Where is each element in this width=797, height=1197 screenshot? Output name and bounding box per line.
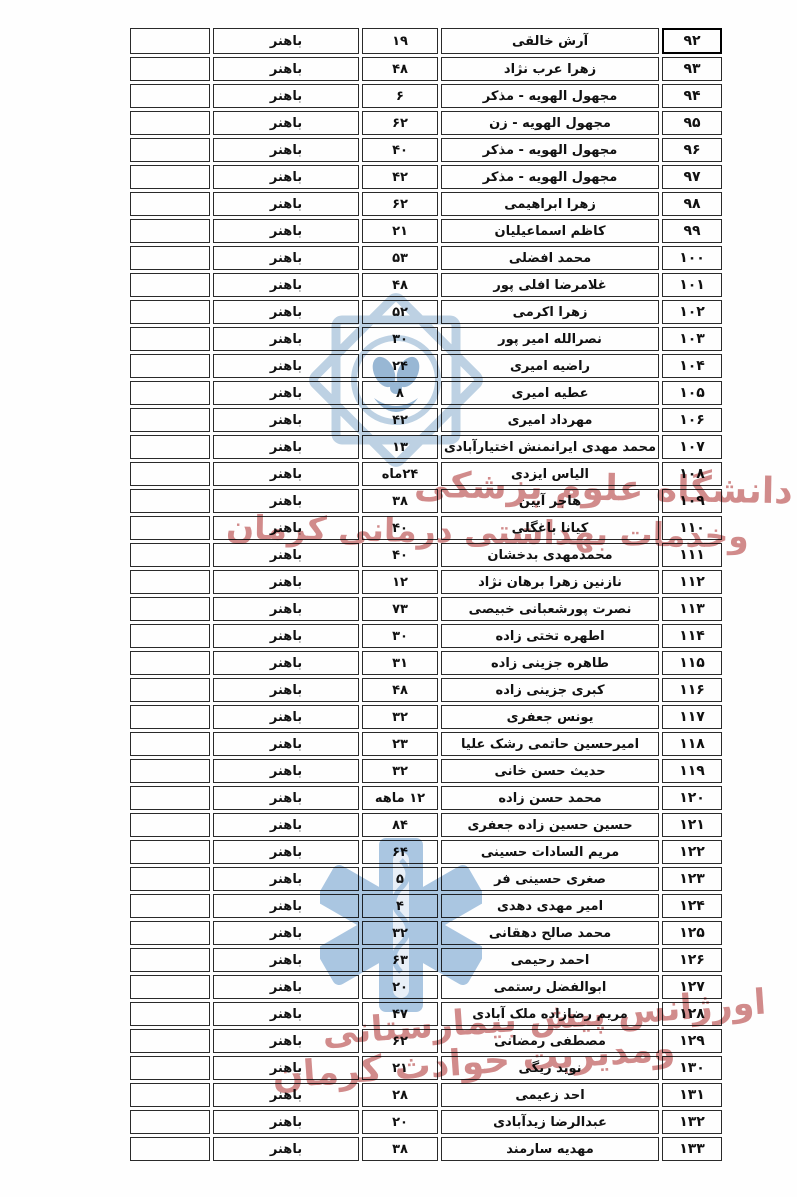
age-cell: ۳۲ — [362, 759, 438, 783]
age-cell: ۴۸ — [362, 57, 438, 81]
table-row: ۱۰۰ محمد افضلی ۵۳ باهنر — [130, 246, 722, 270]
row-number-cell: ۱۲۳ — [662, 867, 722, 891]
name-cell: امیر مهدی دهدی — [441, 894, 659, 918]
hospital-cell: باهنر — [213, 651, 359, 675]
name-cell: طاهره جزینی زاده — [441, 651, 659, 675]
row-number-cell: ۱۰۴ — [662, 354, 722, 378]
table-row: ۱۲۸ مریم رضازاده ملک آبادی ۴۷ باهنر — [130, 1002, 722, 1026]
table-row: ۱۲۰ محمد حسن زاده ۱۲ ماهه باهنر — [130, 786, 722, 810]
notes-cell — [130, 516, 210, 540]
row-number-cell: ۱۱۸ — [662, 732, 722, 756]
notes-cell — [130, 840, 210, 864]
name-cell: محمد صالح دهقانی — [441, 921, 659, 945]
age-cell: ۱۹ — [362, 28, 438, 54]
notes-cell — [130, 1110, 210, 1134]
name-cell: حسین حسین زاده جعفری — [441, 813, 659, 837]
hospital-cell: باهنر — [213, 1056, 359, 1080]
hospital-cell: باهنر — [213, 300, 359, 324]
notes-cell — [130, 28, 210, 54]
hospital-cell: باهنر — [213, 1083, 359, 1107]
table-row: ۱۱۹ حدیث حسن خانی ۳۲ باهنر — [130, 759, 722, 783]
row-number-cell: ۱۳۱ — [662, 1083, 722, 1107]
name-cell: مصطفی رمضانی — [441, 1029, 659, 1053]
notes-cell — [130, 138, 210, 162]
table-row: ۱۰۸ الیاس ایزدی ۲۴ماه باهنر — [130, 462, 722, 486]
hospital-cell: باهنر — [213, 705, 359, 729]
row-number-cell: ۹۷ — [662, 165, 722, 189]
hospital-cell: باهنر — [213, 246, 359, 270]
name-cell: مهرداد امیری — [441, 408, 659, 432]
name-cell: زهرا ابراهیمی — [441, 192, 659, 216]
hospital-cell: باهنر — [213, 1002, 359, 1026]
age-cell: ۴۲ — [362, 165, 438, 189]
row-number-cell: ۱۰۹ — [662, 489, 722, 513]
hospital-cell: باهنر — [213, 921, 359, 945]
age-cell: ۳۰ — [362, 624, 438, 648]
table-row: ۱۱۴ اطهره تختی زاده ۳۰ باهنر — [130, 624, 722, 648]
notes-cell — [130, 624, 210, 648]
age-cell: ۱۳ — [362, 435, 438, 459]
name-cell: مجهول الهویه - زن — [441, 111, 659, 135]
age-cell: ۱۲ — [362, 570, 438, 594]
notes-cell — [130, 1137, 210, 1161]
age-cell: ۶ — [362, 84, 438, 108]
table-row: ۱۳۳ مهدیه سارمند ۳۸ باهنر — [130, 1137, 722, 1161]
table-row: ۹۹ کاظم اسماعیلیان ۲۱ باهنر — [130, 219, 722, 243]
table-row: ۱۱۷ یونس جعفری ۳۲ باهنر — [130, 705, 722, 729]
age-cell: ۳۸ — [362, 489, 438, 513]
row-number-cell: ۱۰۵ — [662, 381, 722, 405]
name-cell: مریم السادات حسینی — [441, 840, 659, 864]
table-row: ۱۳۰ نوید ریگی ۲۱ باهنر — [130, 1056, 722, 1080]
name-cell: نازنین زهرا برهان نژاد — [441, 570, 659, 594]
notes-cell — [130, 192, 210, 216]
name-cell: عبدالرضا زیدآبادی — [441, 1110, 659, 1134]
name-cell: نصرت پورشعبانی خبیصی — [441, 597, 659, 621]
notes-cell — [130, 165, 210, 189]
age-cell: ۱۲ ماهه — [362, 786, 438, 810]
age-cell: ۲۰ — [362, 1110, 438, 1134]
hospital-cell: باهنر — [213, 840, 359, 864]
hospital-cell: باهنر — [213, 678, 359, 702]
name-cell: زهرا عرب نژاد — [441, 57, 659, 81]
table-row: ۱۳۲ عبدالرضا زیدآبادی ۲۰ باهنر — [130, 1110, 722, 1134]
row-number-cell: ۱۰۰ — [662, 246, 722, 270]
row-number-cell: ۱۲۶ — [662, 948, 722, 972]
hospital-cell: باهنر — [213, 786, 359, 810]
notes-cell — [130, 786, 210, 810]
notes-cell — [130, 408, 210, 432]
hospital-cell: باهنر — [213, 624, 359, 648]
hospital-cell: باهنر — [213, 273, 359, 297]
name-cell: صغری حسینی فر — [441, 867, 659, 891]
hospital-cell: باهنر — [213, 759, 359, 783]
hospital-cell: باهنر — [213, 975, 359, 999]
notes-cell — [130, 894, 210, 918]
table-row: ۱۲۵ محمد صالح دهقانی ۳۲ باهنر — [130, 921, 722, 945]
notes-cell — [130, 1083, 210, 1107]
name-cell: نصرالله امیر پور — [441, 327, 659, 351]
notes-cell — [130, 219, 210, 243]
row-number-cell: ۱۰۲ — [662, 300, 722, 324]
name-cell: امیرحسین حاتمی رشک علیا — [441, 732, 659, 756]
age-cell: ۴۰ — [362, 543, 438, 567]
notes-cell — [130, 651, 210, 675]
table-row: ۱۰۵ عطیه امیری ۸ باهنر — [130, 381, 722, 405]
notes-cell — [130, 273, 210, 297]
row-number-cell: ۱۳۳ — [662, 1137, 722, 1161]
table-row: ۹۷ مجهول الهویه - مذکر ۴۲ باهنر — [130, 165, 722, 189]
notes-cell — [130, 462, 210, 486]
name-cell: محمد افضلی — [441, 246, 659, 270]
table-row: ۱۱۲ نازنین زهرا برهان نژاد ۱۲ باهنر — [130, 570, 722, 594]
notes-cell — [130, 327, 210, 351]
age-cell: ۴ — [362, 894, 438, 918]
hospital-cell: باهنر — [213, 381, 359, 405]
notes-cell — [130, 867, 210, 891]
row-number-cell: ۹۶ — [662, 138, 722, 162]
notes-cell — [130, 813, 210, 837]
age-cell: ۳۲ — [362, 705, 438, 729]
notes-cell — [130, 381, 210, 405]
row-number-cell: ۱۱۷ — [662, 705, 722, 729]
hospital-cell: باهنر — [213, 1110, 359, 1134]
hospital-cell: باهنر — [213, 570, 359, 594]
row-number-cell: ۱۲۰ — [662, 786, 722, 810]
name-cell: کبری جزینی زاده — [441, 678, 659, 702]
name-cell: حدیث حسن خانی — [441, 759, 659, 783]
age-cell: ۸ — [362, 381, 438, 405]
table-row: ۱۲۴ امیر مهدی دهدی ۴ باهنر — [130, 894, 722, 918]
row-number-cell: ۱۲۲ — [662, 840, 722, 864]
row-number-cell: ۱۲۵ — [662, 921, 722, 945]
notes-cell — [130, 597, 210, 621]
notes-cell — [130, 948, 210, 972]
hospital-cell: باهنر — [213, 57, 359, 81]
age-cell: ۲۳ — [362, 732, 438, 756]
table-row: ۹۶ مجهول الهویه - مذکر ۴۰ باهنر — [130, 138, 722, 162]
hospital-cell: باهنر — [213, 597, 359, 621]
age-cell: ۳۲ — [362, 921, 438, 945]
table-row: ۱۰۳ نصرالله امیر پور ۳۰ باهنر — [130, 327, 722, 351]
row-number-cell: ۱۲۴ — [662, 894, 722, 918]
hospital-cell: باهنر — [213, 1137, 359, 1161]
notes-cell — [130, 246, 210, 270]
name-cell: هاجر آیین — [441, 489, 659, 513]
age-cell: ۴۸ — [362, 678, 438, 702]
hospital-cell: باهنر — [213, 111, 359, 135]
age-cell: ۶۳ — [362, 948, 438, 972]
notes-cell — [130, 705, 210, 729]
notes-cell — [130, 1029, 210, 1053]
notes-cell — [130, 111, 210, 135]
table-row: ۱۲۳ صغری حسینی فر ۵ باهنر — [130, 867, 722, 891]
hospital-cell: باهنر — [213, 28, 359, 54]
name-cell: مجهول الهویه - مذکر — [441, 138, 659, 162]
table-row: ۱۱۵ طاهره جزینی زاده ۳۱ باهنر — [130, 651, 722, 675]
row-number-cell: ۱۲۹ — [662, 1029, 722, 1053]
table-row: ۱۳۱ احد زعیمی ۲۸ باهنر — [130, 1083, 722, 1107]
row-number-cell: ۱۱۰ — [662, 516, 722, 540]
row-number-cell: ۹۲ — [662, 28, 722, 54]
name-cell: کاظم اسماعیلیان — [441, 219, 659, 243]
notes-cell — [130, 57, 210, 81]
age-cell: ۲۰ — [362, 975, 438, 999]
age-cell: ۳۸ — [362, 1137, 438, 1161]
hospital-cell: باهنر — [213, 543, 359, 567]
table-row: ۱۰۶ مهرداد امیری ۴۲ باهنر — [130, 408, 722, 432]
scanned-document-page: دانشگاه علوم پزشکی وخدمات بهداشتی درمانی… — [0, 0, 797, 1197]
table-row: ۱۲۷ ابوالفضل رستمی ۲۰ باهنر — [130, 975, 722, 999]
age-cell: ۲۱ — [362, 1056, 438, 1080]
table-row: ۱۱۸ امیرحسین حاتمی رشک علیا ۲۳ باهنر — [130, 732, 722, 756]
name-cell: یونس جعفری — [441, 705, 659, 729]
hospital-cell: باهنر — [213, 867, 359, 891]
notes-cell — [130, 435, 210, 459]
age-cell: ۶۲ — [362, 111, 438, 135]
age-cell: ۳۰ — [362, 327, 438, 351]
age-cell: ۲۸ — [362, 1083, 438, 1107]
name-cell: راضیه امیری — [441, 354, 659, 378]
table-row: ۱۱۳ نصرت پورشعبانی خبیصی ۷۳ باهنر — [130, 597, 722, 621]
hospital-cell: باهنر — [213, 408, 359, 432]
age-cell: ۶۲ — [362, 192, 438, 216]
hospital-cell: باهنر — [213, 84, 359, 108]
notes-cell — [130, 1056, 210, 1080]
table-row: ۱۱۱ محمدمهدی بدخشان ۴۰ باهنر — [130, 543, 722, 567]
table-row: ۹۳ زهرا عرب نژاد ۴۸ باهنر — [130, 57, 722, 81]
name-cell: محمد حسن زاده — [441, 786, 659, 810]
notes-cell — [130, 975, 210, 999]
name-cell: محمدمهدی بدخشان — [441, 543, 659, 567]
row-number-cell: ۱۰۸ — [662, 462, 722, 486]
name-cell: الیاس ایزدی — [441, 462, 659, 486]
row-number-cell: ۹۵ — [662, 111, 722, 135]
age-cell: ۷۳ — [362, 597, 438, 621]
notes-cell — [130, 1002, 210, 1026]
row-number-cell: ۱۲۸ — [662, 1002, 722, 1026]
table-row: ۱۲۹ مصطفی رمضانی ۶۲ باهنر — [130, 1029, 722, 1053]
row-number-cell: ۱۰۱ — [662, 273, 722, 297]
notes-cell — [130, 570, 210, 594]
row-number-cell: ۹۳ — [662, 57, 722, 81]
notes-cell — [130, 354, 210, 378]
name-cell: اطهره تختی زاده — [441, 624, 659, 648]
row-number-cell: ۱۱۲ — [662, 570, 722, 594]
hospital-cell: باهنر — [213, 462, 359, 486]
casualty-list-table: ۹۲ آرش خالقی ۱۹ باهنر ۹۳ زهرا عرب نژاد ۴… — [127, 25, 725, 1164]
row-number-cell: ۱۱۵ — [662, 651, 722, 675]
name-cell: محمد مهدی ایرانمنش اختیارآبادی — [441, 435, 659, 459]
age-cell: ۴۷ — [362, 1002, 438, 1026]
hospital-cell: باهنر — [213, 327, 359, 351]
row-number-cell: ۱۱۳ — [662, 597, 722, 621]
row-number-cell: ۱۰۷ — [662, 435, 722, 459]
age-cell: ۲۴ماه — [362, 462, 438, 486]
age-cell: ۲۱ — [362, 219, 438, 243]
table-row: ۹۸ زهرا ابراهیمی ۶۲ باهنر — [130, 192, 722, 216]
hospital-cell: باهنر — [213, 192, 359, 216]
notes-cell — [130, 84, 210, 108]
name-cell: غلامرضا افلی پور — [441, 273, 659, 297]
row-number-cell: ۱۰۳ — [662, 327, 722, 351]
hospital-cell: باهنر — [213, 948, 359, 972]
notes-cell — [130, 678, 210, 702]
row-number-cell: ۱۰۶ — [662, 408, 722, 432]
row-number-cell: ۱۱۹ — [662, 759, 722, 783]
table-row: ۹۵ مجهول الهویه - زن ۶۲ باهنر — [130, 111, 722, 135]
row-number-cell: ۹۴ — [662, 84, 722, 108]
hospital-cell: باهنر — [213, 354, 359, 378]
hospital-cell: باهنر — [213, 138, 359, 162]
age-cell: ۵۳ — [362, 246, 438, 270]
table-row: ۱۰۹ هاجر آیین ۳۸ باهنر — [130, 489, 722, 513]
name-cell: مجهول الهویه - مذکر — [441, 84, 659, 108]
age-cell: ۴۰ — [362, 516, 438, 540]
notes-cell — [130, 732, 210, 756]
name-cell: مهدیه سارمند — [441, 1137, 659, 1161]
age-cell: ۵۲ — [362, 300, 438, 324]
age-cell: ۴۲ — [362, 408, 438, 432]
row-number-cell: ۹۹ — [662, 219, 722, 243]
table-row: ۱۰۲ زهرا اکرمی ۵۲ باهنر — [130, 300, 722, 324]
hospital-cell: باهنر — [213, 894, 359, 918]
name-cell: عطیه امیری — [441, 381, 659, 405]
name-cell: احد زعیمی — [441, 1083, 659, 1107]
hospital-cell: باهنر — [213, 435, 359, 459]
row-number-cell: ۱۱۴ — [662, 624, 722, 648]
notes-cell — [130, 759, 210, 783]
age-cell: ۴۸ — [362, 273, 438, 297]
name-cell: ابوالفضل رستمی — [441, 975, 659, 999]
age-cell: ۸۴ — [362, 813, 438, 837]
row-number-cell: ۱۲۷ — [662, 975, 722, 999]
age-cell: ۶۲ — [362, 1029, 438, 1053]
hospital-cell: باهنر — [213, 1029, 359, 1053]
table-row: ۱۲۶ احمد رحیمی ۶۳ باهنر — [130, 948, 722, 972]
hospital-cell: باهنر — [213, 813, 359, 837]
table-row: ۱۱۰ کیانا باغگلی ۴۰ باهنر — [130, 516, 722, 540]
name-cell: نوید ریگی — [441, 1056, 659, 1080]
casualty-table-body: ۹۲ آرش خالقی ۱۹ باهنر ۹۳ زهرا عرب نژاد ۴… — [130, 28, 722, 1161]
age-cell: ۳۱ — [362, 651, 438, 675]
row-number-cell: ۱۱۱ — [662, 543, 722, 567]
name-cell: احمد رحیمی — [441, 948, 659, 972]
name-cell: مجهول الهویه - مذکر — [441, 165, 659, 189]
hospital-cell: باهنر — [213, 516, 359, 540]
row-number-cell: ۹۸ — [662, 192, 722, 216]
table-row: ۹۲ آرش خالقی ۱۹ باهنر — [130, 28, 722, 54]
row-number-cell: ۱۲۱ — [662, 813, 722, 837]
age-cell: ۶۴ — [362, 840, 438, 864]
age-cell: ۴۰ — [362, 138, 438, 162]
notes-cell — [130, 300, 210, 324]
notes-cell — [130, 489, 210, 513]
table-row: ۱۰۱ غلامرضا افلی پور ۴۸ باهنر — [130, 273, 722, 297]
table-row: ۱۰۴ راضیه امیری ۲۴ باهنر — [130, 354, 722, 378]
row-number-cell: ۱۳۰ — [662, 1056, 722, 1080]
hospital-cell: باهنر — [213, 732, 359, 756]
hospital-cell: باهنر — [213, 489, 359, 513]
row-number-cell: ۱۳۲ — [662, 1110, 722, 1134]
age-cell: ۲۴ — [362, 354, 438, 378]
age-cell: ۵ — [362, 867, 438, 891]
hospital-cell: باهنر — [213, 219, 359, 243]
table-row: ۱۲۱ حسین حسین زاده جعفری ۸۴ باهنر — [130, 813, 722, 837]
row-number-cell: ۱۱۶ — [662, 678, 722, 702]
table-row: ۱۰۷ محمد مهدی ایرانمنش اختیارآبادی ۱۳ با… — [130, 435, 722, 459]
notes-cell — [130, 921, 210, 945]
name-cell: کیانا باغگلی — [441, 516, 659, 540]
table-row: ۱۱۶ کبری جزینی زاده ۴۸ باهنر — [130, 678, 722, 702]
name-cell: مریم رضازاده ملک آبادی — [441, 1002, 659, 1026]
notes-cell — [130, 543, 210, 567]
table-row: ۹۴ مجهول الهویه - مذکر ۶ باهنر — [130, 84, 722, 108]
hospital-cell: باهنر — [213, 165, 359, 189]
name-cell: زهرا اکرمی — [441, 300, 659, 324]
table-row: ۱۲۲ مریم السادات حسینی ۶۴ باهنر — [130, 840, 722, 864]
name-cell: آرش خالقی — [441, 28, 659, 54]
